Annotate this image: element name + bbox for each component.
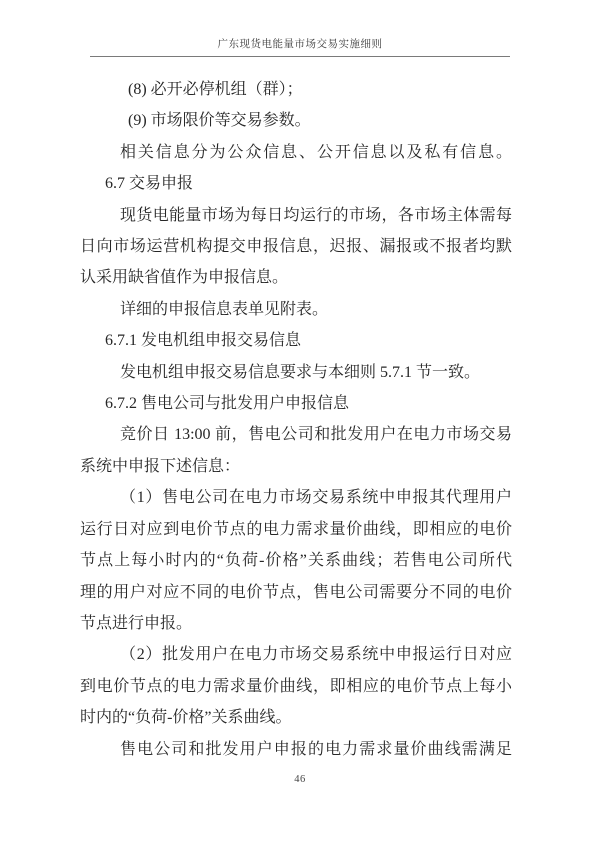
- text-line: (8) 必开必停机组（群）；: [80, 74, 512, 105]
- text-line: 6.7.2 售电公司与批发用户申报信息: [80, 388, 512, 419]
- text-line: 日向市场运营机构提交申报信息，迟报、漏报或不报者均默: [80, 231, 512, 262]
- text-line: 系统中申报下述信息：: [80, 451, 512, 482]
- text-line: 理的用户对应不同的电价节点，售电公司需要分不同的电价: [80, 577, 512, 608]
- text-line: 发电机组申报交易信息要求与本细则 5.7.1 节一致。: [80, 357, 512, 388]
- text-line: 现货电能量市场为每日均运行的市场，各市场主体需每: [80, 200, 512, 231]
- text-line: 6.7.1 发电机组申报交易信息: [80, 325, 512, 356]
- text-line: 6.7 交易申报: [80, 168, 512, 199]
- text-line: 相关信息分为公众信息、公开信息以及私有信息。: [80, 137, 512, 168]
- page-header: 广东现货电能量市场交易实施细则: [90, 0, 510, 57]
- text-line: 节点上每小时内的“负荷-价格”关系曲线；若售电公司所代: [80, 545, 512, 576]
- text-line: （1）售电公司在电力市场交易系统中申报其代理用户: [80, 482, 512, 513]
- page-footer: 46: [0, 769, 600, 787]
- header-title: 广东现货电能量市场交易实施细则: [218, 36, 383, 51]
- text-line: 运行日对应到电价节点的电力需求量价曲线，即相应的电价: [80, 514, 512, 545]
- text-line: 时内的“负荷-价格”关系曲线。: [80, 702, 512, 733]
- text-line: 竞价日 13:00 前，售电公司和批发用户在电力市场交易: [80, 419, 512, 450]
- page-number: 46: [294, 774, 306, 785]
- document-body: (8) 必开必停机组（群）；(9) 市场限价等交易参数。相关信息分为公众信息、公…: [80, 74, 512, 765]
- text-line: 售电公司和批发用户申报的电力需求量价曲线需满足: [80, 734, 512, 765]
- text-line: (9) 市场限价等交易参数。: [80, 105, 512, 136]
- text-line: 详细的申报信息表单见附表。: [80, 294, 512, 325]
- text-line: 节点进行申报。: [80, 608, 512, 639]
- document-page: 广东现货电能量市场交易实施细则 (8) 必开必停机组（群）；(9) 市场限价等交…: [0, 0, 600, 848]
- text-line: （2）批发用户在电力市场交易系统中申报运行日对应: [80, 639, 512, 670]
- text-line: 到电价节点的电力需求量价曲线，即相应的电价节点上每小: [80, 671, 512, 702]
- text-line: 认采用缺省值作为申报信息。: [80, 262, 512, 293]
